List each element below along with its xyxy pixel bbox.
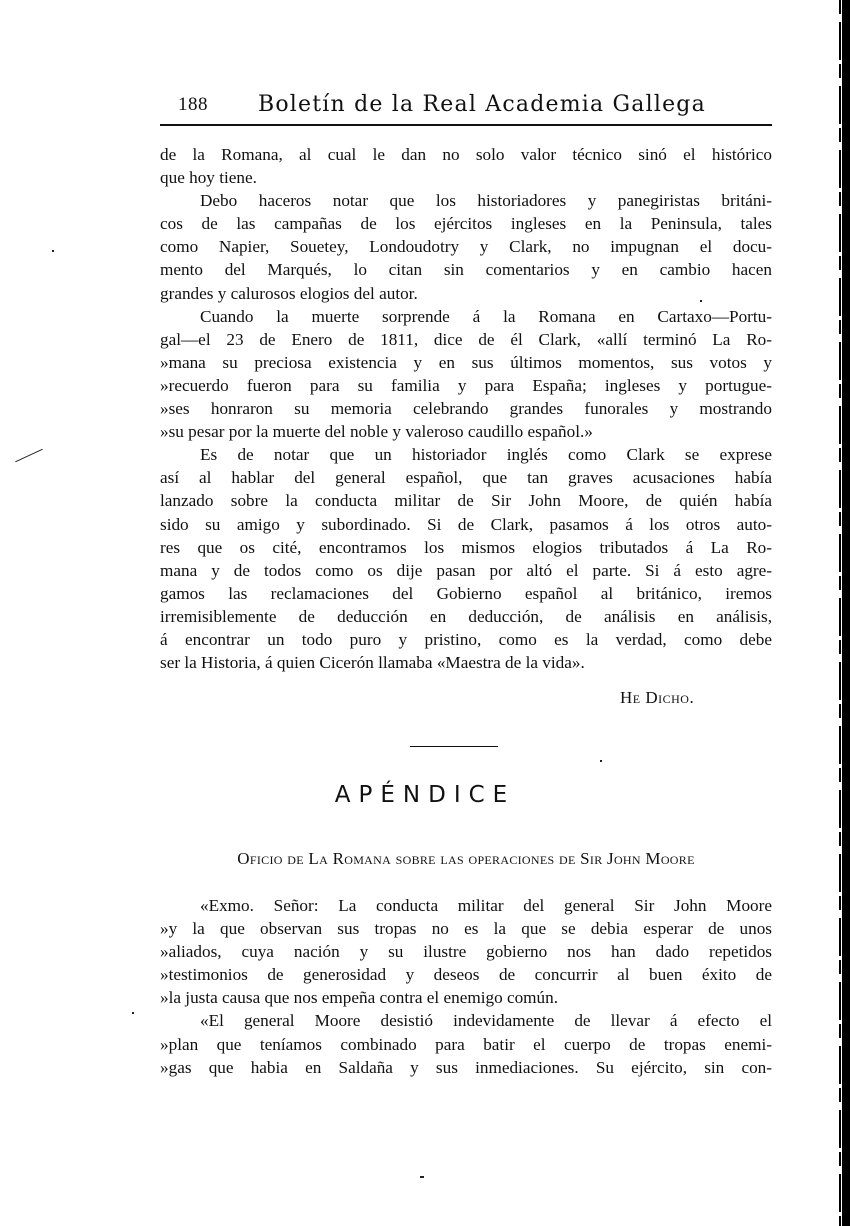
text-line: »su pesar por la muerte del noble y vale… — [160, 420, 772, 443]
text-line: »ses honraron su memoria celebrando gran… — [160, 397, 772, 420]
text-line: así al hablar del general español, que t… — [160, 466, 772, 489]
header-rule — [160, 124, 772, 126]
text-line: »y la que observan sus tropas no es la q… — [160, 917, 772, 940]
paragraph: Es de notar que un historiador inglés co… — [160, 443, 772, 674]
text-line: »aliados, cuya nación y su ilustre gobie… — [160, 940, 772, 963]
body-text: de la Romana, al cual le dan no solo val… — [160, 143, 772, 674]
scan-speck — [700, 300, 702, 302]
paragraph: Cuando la muerte sorprende á la Romana e… — [160, 305, 772, 444]
scan-speck — [15, 449, 43, 463]
text-line: gamos las reclamaciones del Gobierno esp… — [160, 582, 772, 605]
text-line: »la justa causa que nos empeña contra el… — [160, 986, 772, 1009]
text-line: grandes y calurosos elogios del autor. — [160, 282, 772, 305]
paragraph: de la Romana, al cual le dan no solo val… — [160, 143, 772, 189]
text-line: «El general Moore desistió indevidamente… — [160, 1009, 772, 1032]
scan-page-edge — [842, 0, 850, 1226]
text-line: «Exmo. Señor: La conducta militar del ge… — [160, 894, 772, 917]
text-line: »gas que habia en Saldaña y sus inmediac… — [160, 1056, 772, 1079]
appendix-heading: APÉNDICE — [0, 782, 850, 808]
text-line: »recuerdo fueron para su familia y para … — [160, 374, 772, 397]
scan-speck — [600, 760, 602, 762]
text-line: irremisiblemente de deducción en deducci… — [160, 605, 772, 628]
page-header: 188 Boletín de la Real Academia Gallega — [160, 92, 772, 124]
text-line: cos de las campañas de los ejércitos ing… — [160, 212, 772, 235]
text-line: Es de notar que un historiador inglés co… — [160, 443, 772, 466]
text-line: que hoy tiene. — [160, 166, 772, 189]
scan-speck — [420, 1176, 424, 1178]
scan-speck — [132, 1012, 134, 1014]
scan-speck — [52, 250, 54, 252]
text-line: ser la Historia, á quien Cicerón llamaba… — [160, 651, 772, 674]
text-line: á encontrar un todo puro y pristino, com… — [160, 628, 772, 651]
text-line: lanzado sobre la conducta militar de Sir… — [160, 489, 772, 512]
paragraph: «Exmo. Señor: La conducta militar del ge… — [160, 894, 772, 1009]
text-line: de la Romana, al cual le dan no solo val… — [160, 143, 772, 166]
paragraph: Debo haceros notar que los historiadores… — [160, 189, 772, 304]
text-line: Cuando la muerte sorprende á la Romana e… — [160, 305, 772, 328]
text-line: »plan que teníamos combinado para batir … — [160, 1033, 772, 1056]
appendix-text: «Exmo. Señor: La conducta militar del ge… — [160, 894, 772, 1079]
signature: He Dicho. — [620, 688, 694, 708]
section-separator-rule — [410, 746, 498, 747]
page-number: 188 — [178, 94, 208, 116]
text-line: gal—el 23 de Enero de 1811, dice de él C… — [160, 328, 772, 351]
appendix-subheading: Oficio de La Romana sobre las operacione… — [160, 849, 772, 869]
text-line: »testimonios de generosidad y deseos de … — [160, 963, 772, 986]
text-line: Debo haceros notar que los historiadores… — [160, 189, 772, 212]
text-line: mana y de todos como os dije pasan por a… — [160, 559, 772, 582]
text-line: »mana su preciosa existencia y en sus úl… — [160, 351, 772, 374]
text-line: sido su amigo y subordinado. Si de Clark… — [160, 513, 772, 536]
text-line: res que os cité, encontramos los mismos … — [160, 536, 772, 559]
text-line: como Napier, Souetey, Londoudotry y Clar… — [160, 235, 772, 258]
paragraph: «El general Moore desistió indevidamente… — [160, 1009, 772, 1078]
text-line: mento del Marqués, lo citan sin comentar… — [160, 258, 772, 281]
running-title: Boletín de la Real Academia Gallega — [258, 92, 706, 117]
